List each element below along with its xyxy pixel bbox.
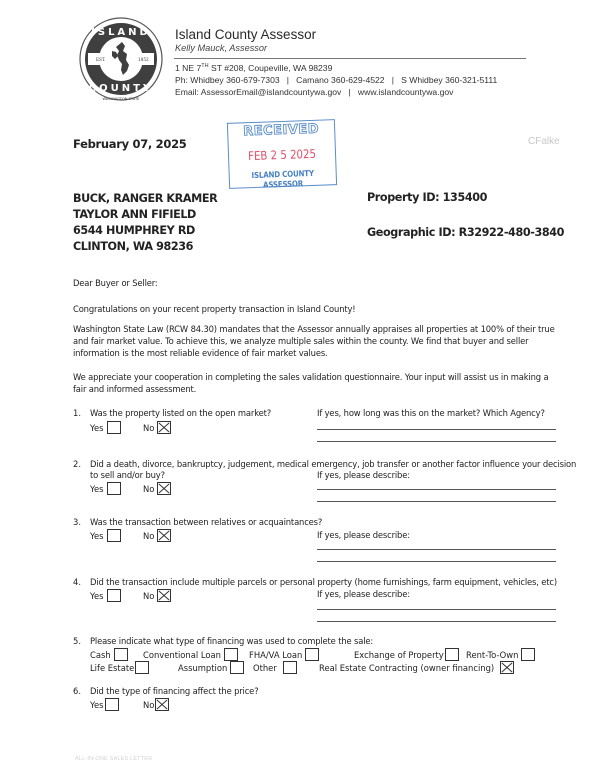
q1-no-option[interactable]: No — [143, 421, 171, 434]
q4-yes-option[interactable]: Yes — [90, 589, 121, 602]
office-email-website: Email: AssessorEmail@islandcountywa.gov … — [175, 87, 453, 97]
financing-option-assumption[interactable]: Assumption — [178, 661, 244, 674]
cash-checkbox[interactable] — [114, 648, 128, 661]
conventional-loan-checkbox[interactable] — [224, 648, 238, 661]
paragraph-law: Washington State Law (RCW 84.30) mandate… — [73, 323, 563, 360]
q3-yes-option[interactable]: Yes — [90, 529, 121, 542]
financing-option-fha-va[interactable]: FHA/VA Loan — [249, 648, 319, 661]
question-5-text: Please indicate what type of financing w… — [90, 636, 373, 646]
question-2-text: Did a death, divorce, bankruptcy, judgem… — [90, 459, 576, 469]
q4-no-checkbox[interactable] — [157, 589, 171, 602]
question-3-text: Was the transaction between relatives or… — [90, 517, 322, 527]
question-number: 1. — [73, 408, 81, 418]
q3-followup-label: If yes, please describe: — [317, 530, 410, 540]
q1-yes-option[interactable]: Yes — [90, 421, 121, 434]
question-number: 6. — [73, 686, 81, 696]
letter-date: February 07, 2025 — [73, 137, 187, 151]
q2-no-checkbox[interactable] — [157, 482, 171, 495]
q4-followup-label: If yes, please describe: — [317, 589, 410, 599]
q2-followup-label: If yes, please describe: — [317, 470, 410, 480]
assumption-checkbox[interactable] — [230, 661, 244, 674]
q4-answer-line[interactable] — [317, 621, 556, 622]
svg-text:1853: 1853 — [138, 57, 149, 62]
q3-no-option[interactable]: No — [143, 529, 171, 542]
q3-yes-checkbox[interactable] — [107, 529, 121, 542]
q1-answer-line[interactable] — [317, 429, 556, 430]
q1-answer-line[interactable] — [317, 441, 556, 442]
fha-va-loan-checkbox[interactable] — [305, 648, 319, 661]
rent-to-own-checkbox[interactable] — [521, 648, 535, 661]
recipient-address: BUCK, RANGER KRAMER TAYLOR ANN FIFIELD 6… — [73, 191, 217, 255]
paragraph-appreciation: We appreciate your cooperation in comple… — [73, 371, 563, 395]
stamp-received-text: RECEIVED — [228, 121, 334, 140]
office-title: Island County Assessor — [175, 27, 316, 42]
stamp-date: FEB 2 5 2025 — [237, 146, 328, 163]
question-number: 5. — [73, 636, 81, 646]
q3-answer-line[interactable] — [317, 561, 556, 562]
q4-yes-checkbox[interactable] — [107, 589, 121, 602]
financing-option-real-estate-contract[interactable]: Real Estate Contracting (owner financing… — [319, 661, 514, 674]
q3-no-checkbox[interactable] — [157, 529, 171, 542]
recipient-line: CLINTON, WA 98236 — [73, 239, 217, 255]
paragraph-congrats: Congratulations on your recent property … — [73, 303, 563, 315]
financing-option-conventional[interactable]: Conventional Loan — [143, 648, 238, 661]
q1-no-checkbox[interactable] — [157, 421, 171, 434]
header-divider — [174, 58, 526, 59]
office-phones: Ph: Whidbey 360-679-7303 | Camano 360-62… — [175, 75, 497, 85]
q6-no-option[interactable]: No — [143, 698, 169, 711]
received-stamp: RECEIVED FEB 2 5 2025 ISLAND COUNTY ASSE… — [227, 119, 337, 189]
question-number: 3. — [73, 517, 81, 527]
q4-answer-line[interactable] — [317, 609, 556, 610]
q1-yes-checkbox[interactable] — [107, 421, 121, 434]
stamp-office-text: ISLAND COUNTY ASSESSOR — [237, 167, 329, 190]
recipient-line: 6544 HUMPHREY RD — [73, 223, 217, 239]
financing-option-cash[interactable]: Cash — [90, 648, 128, 661]
q6-yes-checkbox[interactable] — [105, 698, 119, 711]
exchange-of-property-checkbox[interactable] — [445, 648, 459, 661]
q2-yes-checkbox[interactable] — [107, 482, 121, 495]
svg-text:COUNTY: COUNTY — [89, 83, 153, 94]
financing-option-other[interactable]: Other — [253, 661, 297, 674]
q6-yes-option[interactable]: Yes — [90, 698, 119, 711]
q1-followup-label: If yes, how long was this on the market?… — [317, 408, 545, 418]
footer-form-name: ALL-IN-ONE SALES LETTER — [75, 756, 152, 762]
salutation: Dear Buyer or Seller: — [73, 277, 563, 289]
q2-no-option[interactable]: No — [143, 482, 171, 495]
q4-no-option[interactable]: No — [143, 589, 171, 602]
svg-text:ISLAND: ISLAND — [91, 27, 151, 38]
life-estate-checkbox[interactable] — [135, 661, 149, 674]
property-id: Property ID: 135400 — [367, 191, 487, 204]
svg-text:WASHINGTON STATE: WASHINGTON STATE — [103, 97, 141, 101]
question-1-text: Was the property listed on the open mark… — [90, 408, 271, 418]
recipient-line: BUCK, RANGER KRAMER — [73, 191, 217, 207]
financing-option-rent-to-own[interactable]: Rent-To-Own — [466, 648, 535, 661]
financing-option-life-estate[interactable]: Life Estate — [90, 661, 149, 674]
question-number: 4. — [73, 577, 81, 587]
q2-yes-option[interactable]: Yes — [90, 482, 121, 495]
question-6-text: Did the type of financing affect the pri… — [90, 686, 259, 696]
svg-text:EST.: EST. — [96, 57, 105, 62]
q2-answer-line[interactable] — [317, 489, 556, 490]
recipient-line: TAYLOR ANN FIFIELD — [73, 207, 217, 223]
office-address: 1 NE 7TH ST #208, Coupeville, WA 98239 — [175, 63, 332, 73]
question-2-text-cont: to sell and/or buy? — [90, 470, 165, 480]
q3-answer-line[interactable] — [317, 549, 556, 550]
question-number: 2. — [73, 459, 81, 469]
geographic-id: Geographic ID: R32922-480-3840 — [367, 226, 564, 239]
staff-initials: CFalke — [528, 136, 560, 147]
island-county-logo: EST. 1853 ISLAND COUNTY WASHINGTON STATE — [78, 16, 164, 102]
real-estate-contracting-checkbox[interactable] — [500, 661, 514, 674]
assessor-name: Kelly Mauck, Assessor — [175, 43, 267, 53]
other-checkbox[interactable] — [283, 661, 297, 674]
question-4-text: Did the transaction include multiple par… — [90, 577, 557, 587]
q6-no-checkbox[interactable] — [155, 698, 169, 711]
q2-answer-line[interactable] — [317, 501, 556, 502]
financing-option-exchange[interactable]: Exchange of Property — [354, 648, 459, 661]
